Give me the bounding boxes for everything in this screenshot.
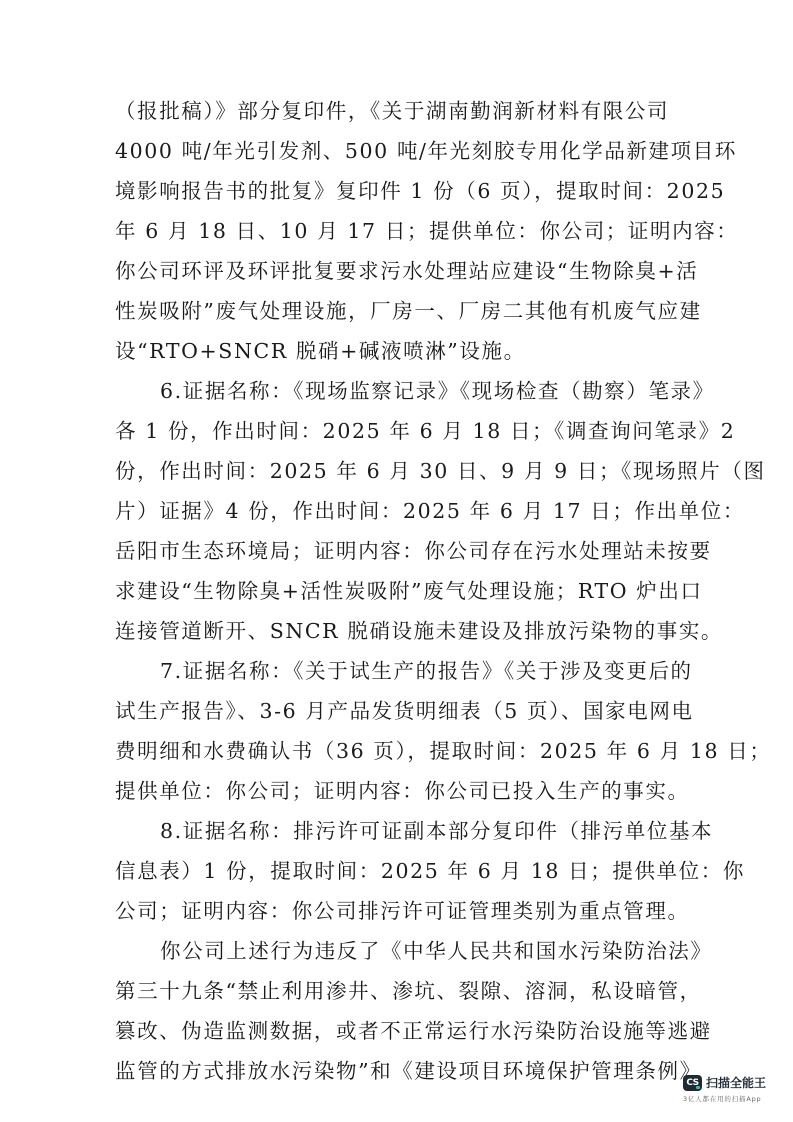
- text-line: 篡改、伪造监测数据，或者不正常运行水污染防治设施等逃避: [115, 1011, 655, 1051]
- camscanner-watermark: CS 扫描全能王 3亿人都在用的扫描App: [683, 1075, 793, 1115]
- text-line: 你公司环评及环评批复要求污水处理站应建设“生物除臭+活: [115, 251, 655, 291]
- text-line: 性炭吸附”废气处理设施，厂房一、厂房二其他有机废气应建: [115, 291, 655, 331]
- text-line: 设“RTO+SNCR 脱硝+碱液喷淋”设施。: [115, 331, 655, 371]
- text-line: 公司；证明内容：你公司排污许可证管理类别为重点管理。: [115, 891, 655, 931]
- paragraph-first-line: 6.证据名称：《现场监察记录》《现场检查（勘察）笔录》: [160, 371, 655, 411]
- document-page: （报批稿）》部分复印件，《关于湖南勤润新材料有限公司4000 吨/年光引发剂、5…: [0, 0, 793, 1122]
- text-line: 第三十九条“禁止利用渗井、渗坑、裂隙、溶洞，私设暗管，: [115, 971, 655, 1011]
- camscanner-logo-icon: CS: [683, 1075, 702, 1091]
- text-line: 求建设“生物除臭+活性炭吸附”废气处理设施；RTO 炉出口: [115, 571, 655, 611]
- text-line: 试生产报告》、3-6 月产品发货明细表（5 页）、国家电网电: [115, 691, 655, 731]
- text-line: 境影响报告书的批复》复印件 1 份（6 页），提取时间：2025: [115, 171, 655, 211]
- paragraph-first-line: 7.证据名称：《关于试生产的报告》《关于涉及变更后的: [160, 651, 655, 691]
- text-line: 监管的方式排放水污染物”和《建设项目环境保护管理条例》: [115, 1051, 655, 1091]
- paragraph-first-line: 8.证据名称：排污许可证副本部分复印件（排污单位基本: [160, 811, 655, 851]
- text-line: 份，作出时间：2025 年 6 月 30 日、9 月 9 日；《现场照片（图: [115, 451, 655, 491]
- text-line: 提供单位：你公司；证明内容：你公司已投入生产的事实。: [115, 771, 655, 811]
- text-line: 连接管道断开、SNCR 脱硝设施未建设及排放污染物的事实。: [115, 611, 655, 651]
- text-line: 信息表）1 份，提取时间：2025 年 6 月 18 日；提供单位：你: [115, 851, 655, 891]
- text-line: 岳阳市生态环境局；证明内容：你公司存在污水处理站未按要: [115, 531, 655, 571]
- text-line: 片）证据》4 份，作出时间：2025 年 6 月 17 日；作出单位：: [115, 491, 655, 531]
- text-line: 年 6 月 18 日、10 月 17 日；提供单位：你公司；证明内容：: [115, 211, 655, 251]
- paragraph-first-line: 你公司上述行为违反了《中华人民共和国水污染防治法》: [160, 931, 655, 971]
- text-line: （报批稿）》部分复印件，《关于湖南勤润新材料有限公司: [115, 91, 655, 131]
- text-line: 各 1 份，作出时间：2025 年 6 月 18 日；《调查询问笔录》2: [115, 411, 655, 451]
- text-line: 4000 吨/年光引发剂、500 吨/年光刻胶专用化学品新建项目环: [115, 131, 655, 171]
- watermark-title: 扫描全能王: [706, 1075, 766, 1091]
- watermark-subtitle: 3亿人都在用的扫描App: [683, 1094, 761, 1103]
- text-line: 费明细和水费确认书（36 页），提取时间：2025 年 6 月 18 日；: [115, 731, 655, 771]
